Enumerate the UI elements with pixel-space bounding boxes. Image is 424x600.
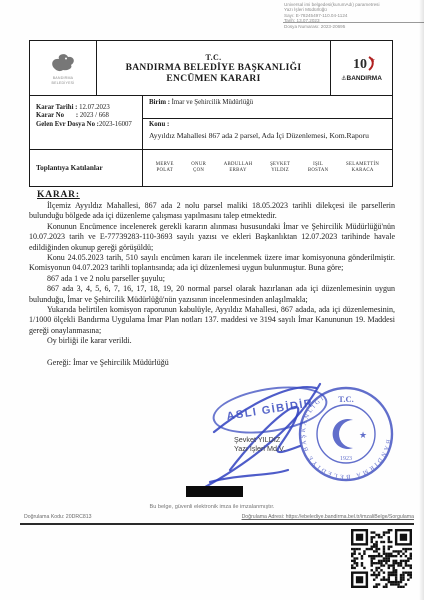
verification-address: Doğrulama Adresi: https://ebelediye.band… — [242, 514, 414, 520]
meta-line: Dosya Numarası: 2023-20695 — [284, 24, 422, 29]
karar-tarihi: Karar Tarihi : 12.07.2023 — [36, 104, 142, 112]
metadata-divider — [283, 22, 424, 23]
stamp-year: 1923 — [340, 456, 352, 462]
karar-paragraph: Oy birliği ile karar verildi. — [29, 336, 395, 346]
bird-logo-icon — [48, 51, 78, 75]
qr-code — [351, 529, 412, 588]
attendees-list: MERVEPOLAT ONURÇON ABDULLAHERBAY ŞEVKETY… — [142, 150, 392, 186]
stamp-tc-text: T.C. — [338, 394, 353, 404]
bandirma-centennial-logo: 10 ★ ⚓BANDIRMA — [330, 41, 392, 95]
signer-block: Şevket YILDIZ Yazı İşleri Md.V. — [234, 435, 285, 454]
signer-title: Yazı İşleri Md.V. — [234, 444, 285, 453]
karar-paragraph: 867 ada 3, 4, 5, 6, 7, 16, 17, 18, 19, 2… — [29, 284, 395, 305]
karar-heading: KARAR: — [37, 190, 395, 200]
crescent-icon — [333, 419, 353, 449]
konu-value: Ayyıldız Mahallesi 867 ada 2 parsel, Ada… — [149, 131, 392, 140]
svg-text:10: 10 — [353, 57, 367, 72]
verification-row: Doğrulama Kodu: 20DRC813 Doğrulama Adres… — [24, 514, 414, 520]
attendees-label: Toplantıya Katılanlar — [30, 150, 142, 186]
attendee-name: ONURÇON — [191, 162, 206, 174]
right-logo-text: ⚓BANDIRMA — [341, 76, 382, 83]
esignature-notice: Bu belge, güvenli elektronik imza ile im… — [0, 504, 424, 511]
signer-name: Şevket YILDIZ — [234, 435, 285, 444]
title-main: BANDIRMA BELEDİYE BAŞKANLIĞI — [126, 63, 302, 73]
decision-meta-cell: Karar Tarihi : 12.07.2023 Karar No : 202… — [30, 96, 142, 149]
star-icon: ★ — [359, 430, 367, 440]
decision-body: KARAR: İlçemiz Ayyıldız Mahallesi, 867 a… — [29, 190, 395, 367]
left-logo-text: BANDIRMA BELEDİYESİ — [52, 76, 75, 85]
header-table: BANDIRMA BELEDİYESİ T.C. BANDIRMA BELEDİ… — [29, 40, 393, 187]
geregi-line: Gereği: İmar ve Şehircilik Müdürlüğü — [29, 358, 395, 367]
official-round-stamp: BANDIRMA BELEDİYE BAŞKANLIĞI T.C. ★ 1923 — [296, 384, 396, 484]
esignature-metadata-block: Universal imi belgedesi(kurumAdı) parame… — [284, 2, 422, 29]
attendee-name: SELAMETTİNKARACA — [346, 162, 379, 174]
konu-cell: Konu : Ayyıldız Mahallesi 867 ada 2 pars… — [143, 119, 392, 149]
karar-paragraph: Konu 24.05.2023 tarih, 510 sayılı encüme… — [29, 253, 395, 274]
scanned-document-page: Universal imi belgedesi(kurumAdı) parame… — [0, 0, 424, 600]
centennial-emblem-icon: 10 ★ — [345, 53, 379, 75]
gelen-evrak-dosya-no: Gelen Evr Dosya No :2023-16007 — [36, 121, 142, 129]
attendee-name: MERVEPOLAT — [156, 162, 174, 174]
karar-paragraph: 867 ada 1 ve 2 nolu parseller şuyulu; — [29, 274, 395, 284]
attendee-name: ABDULLAHERBAY — [224, 162, 253, 174]
municipality-logo: BANDIRMA BELEDİYESİ — [30, 41, 96, 95]
document-title: T.C. BANDIRMA BELEDİYE BAŞKANLIĞI ENCÜME… — [96, 41, 330, 95]
svg-text:★: ★ — [370, 57, 375, 64]
karar-no: Karar No : 2023 / 668 — [36, 112, 142, 120]
title-tc: T.C. — [205, 53, 221, 62]
karar-paragraph: Konunun Encümence incelenerek gerekli ka… — [29, 222, 395, 253]
attendee-name: ŞEVKETYILDIZ — [270, 162, 290, 174]
redaction-bar — [186, 486, 243, 497]
karar-paragraph: İlçemiz Ayyıldız Mahallesi, 867 ada 2 no… — [29, 201, 395, 222]
birim-cell: Birim : İmar ve Şehircilik Müdürlüğü — [143, 96, 392, 119]
attendee-name: IŞILBOSTAN — [308, 162, 329, 174]
karar-paragraph: Yukarıda belirtilen komisyon raporunun k… — [29, 305, 395, 336]
title-sub: ENCÜMEN KARARI — [166, 74, 260, 84]
footer-divider — [20, 523, 414, 525]
verification-code: Doğrulama Kodu: 20DRC813 — [24, 514, 91, 520]
